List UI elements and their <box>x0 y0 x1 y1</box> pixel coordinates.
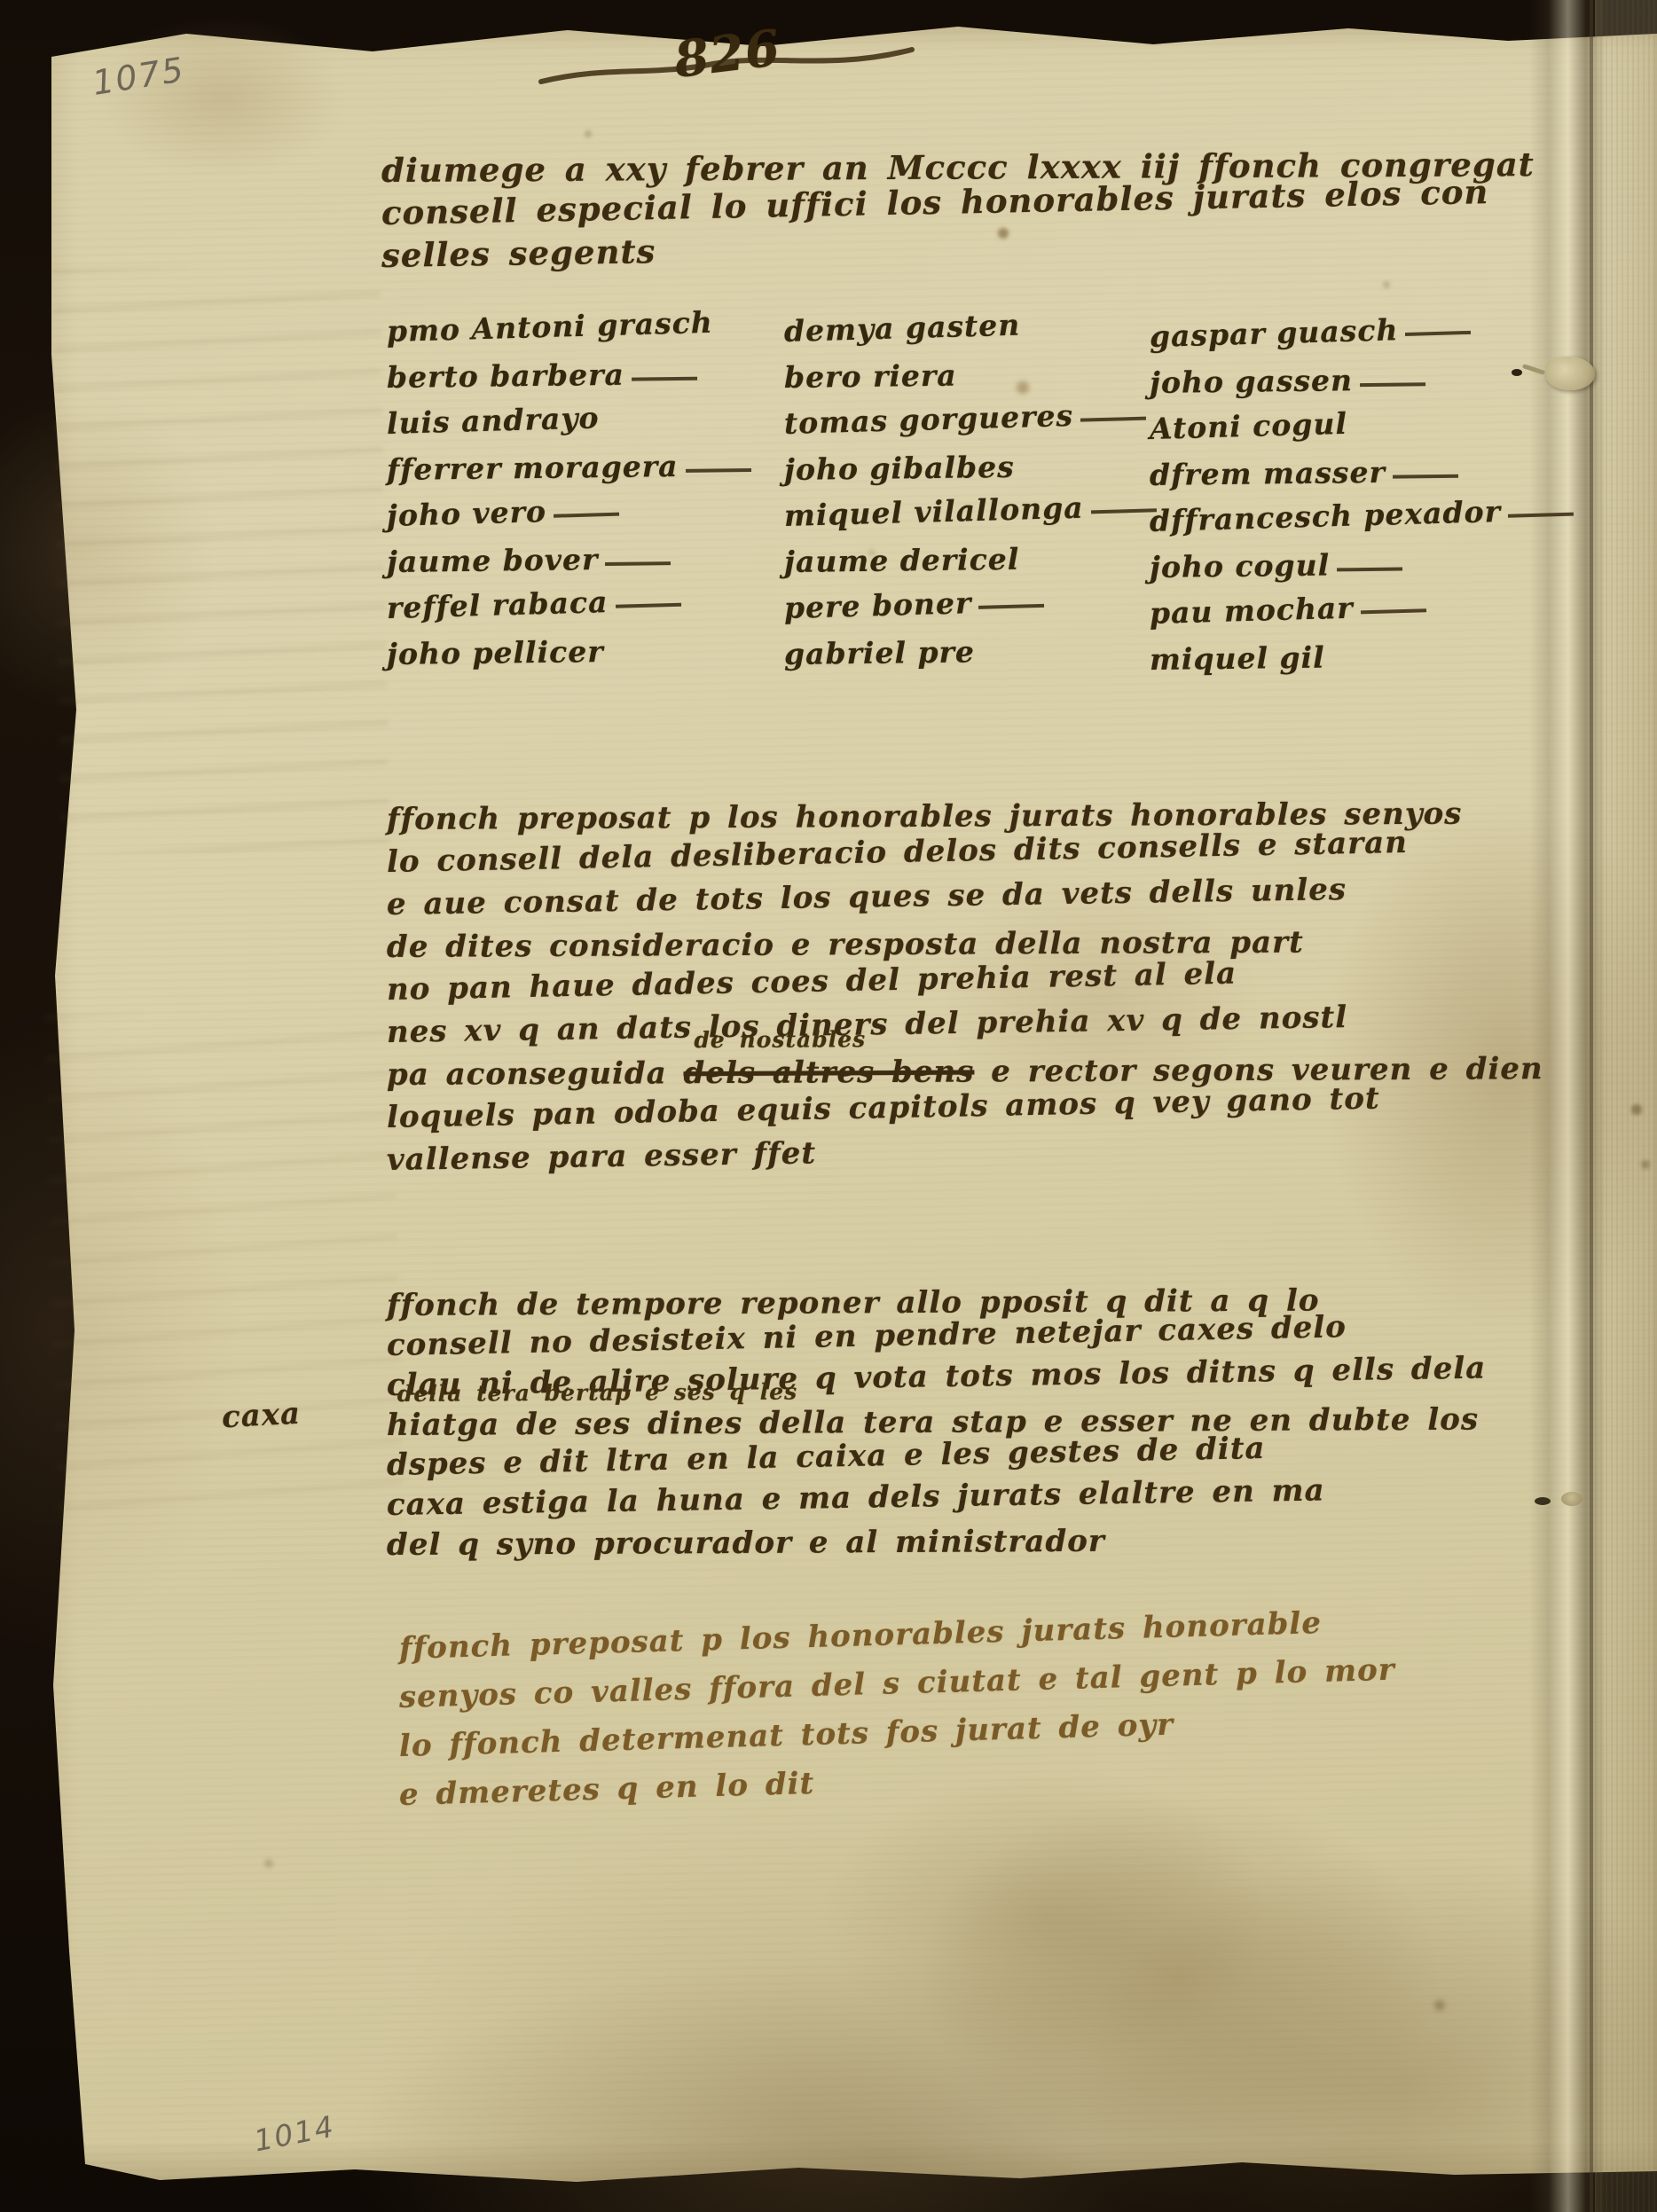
name-text: pere boner <box>783 584 1044 625</box>
name-text: pmo Antoni grasch <box>386 305 713 349</box>
line-segment: pa aconseguida <box>387 1055 667 1093</box>
name-text: bero riera <box>784 358 957 395</box>
name-text: joho gibalbes <box>784 450 1015 487</box>
name-text: joho cogul <box>1150 547 1403 584</box>
foxing-specks <box>0 0 5 5</box>
attendee-name: tomas gorgueres <box>783 390 1157 447</box>
manuscript-scan: 826 1075 1014 diumege a xxy febrer an Mc… <box>0 0 1657 2212</box>
paragraph-line: del q syno procurador e al ministrador <box>387 1520 1487 1565</box>
stitch-slit <box>1535 1497 1551 1505</box>
attendee-name: joho pellicer <box>387 627 751 678</box>
attendee-name: luis andrayo <box>386 391 751 447</box>
attendee-column-1: pmo Antoni grasch berto barbera luis and… <box>387 309 751 678</box>
attendee-name: joho vero <box>386 483 751 539</box>
name-text: gaspar guasch <box>1149 310 1471 354</box>
name-text: joho vero <box>386 492 619 533</box>
attendee-column-2: demya gasten bero riera tomas gorgueres … <box>784 309 1157 678</box>
name-text: luis andrayo <box>386 400 600 441</box>
name-text: jaume bover <box>387 541 671 579</box>
deliberation-paragraph-2: ffonch de tempore reponer allo pposit q … <box>387 1286 1486 1565</box>
name-text: joho gassen <box>1150 362 1426 400</box>
attendee-name: reffel rabaca <box>386 576 751 631</box>
attendee-name: pmo Antoni grasch <box>386 299 751 355</box>
interlinear-insert: de nostables <box>694 1028 866 1051</box>
name-text: tomas gorgueres <box>783 396 1146 441</box>
attendee-name: miquel gil <box>1150 631 1575 683</box>
attendee-column-3: gaspar guasch joho gassen Atoni cogul df… <box>1150 314 1574 683</box>
name-text: berto barbera <box>387 357 697 395</box>
name-text: miquel vilallonga <box>783 488 1157 533</box>
name-text: Atoni cogul <box>1149 406 1347 446</box>
name-text: pau mochar <box>1149 588 1426 631</box>
attendee-name: demya gasten <box>783 298 1157 355</box>
session-heading: diumege a xxy febrer an Mcccc lxxxx iij … <box>381 149 1535 277</box>
name-text: reffel rabaca <box>386 583 680 625</box>
name-text: gabriel pre <box>784 634 975 671</box>
name-text: dffrancesch pexador <box>1149 492 1574 538</box>
name-text: demya gasten <box>783 308 1020 349</box>
interlinear-insert: della tera bertap e ses q les <box>397 1381 797 1405</box>
name-text: dfrem masser <box>1150 454 1458 492</box>
margin-note: caxa <box>221 1396 302 1436</box>
attendee-name: miquel vilallonga <box>783 482 1157 539</box>
deliberation-paragraph-1: ffonch preposat p los honorables jurats … <box>387 798 1543 1181</box>
deliberation-paragraph-3: ffonch preposat p los honorables jurats … <box>399 1625 1395 1820</box>
name-text: miquel gil <box>1150 640 1325 677</box>
attendee-name: gabriel pre <box>784 627 1157 678</box>
name-text: jaume dericel <box>784 542 1020 579</box>
sewing-thread-stitch <box>1561 1492 1582 1506</box>
name-text: fferrer moragera <box>387 448 751 487</box>
attendee-name: pere boner <box>783 575 1157 631</box>
name-text: joho pellicer <box>387 634 604 671</box>
